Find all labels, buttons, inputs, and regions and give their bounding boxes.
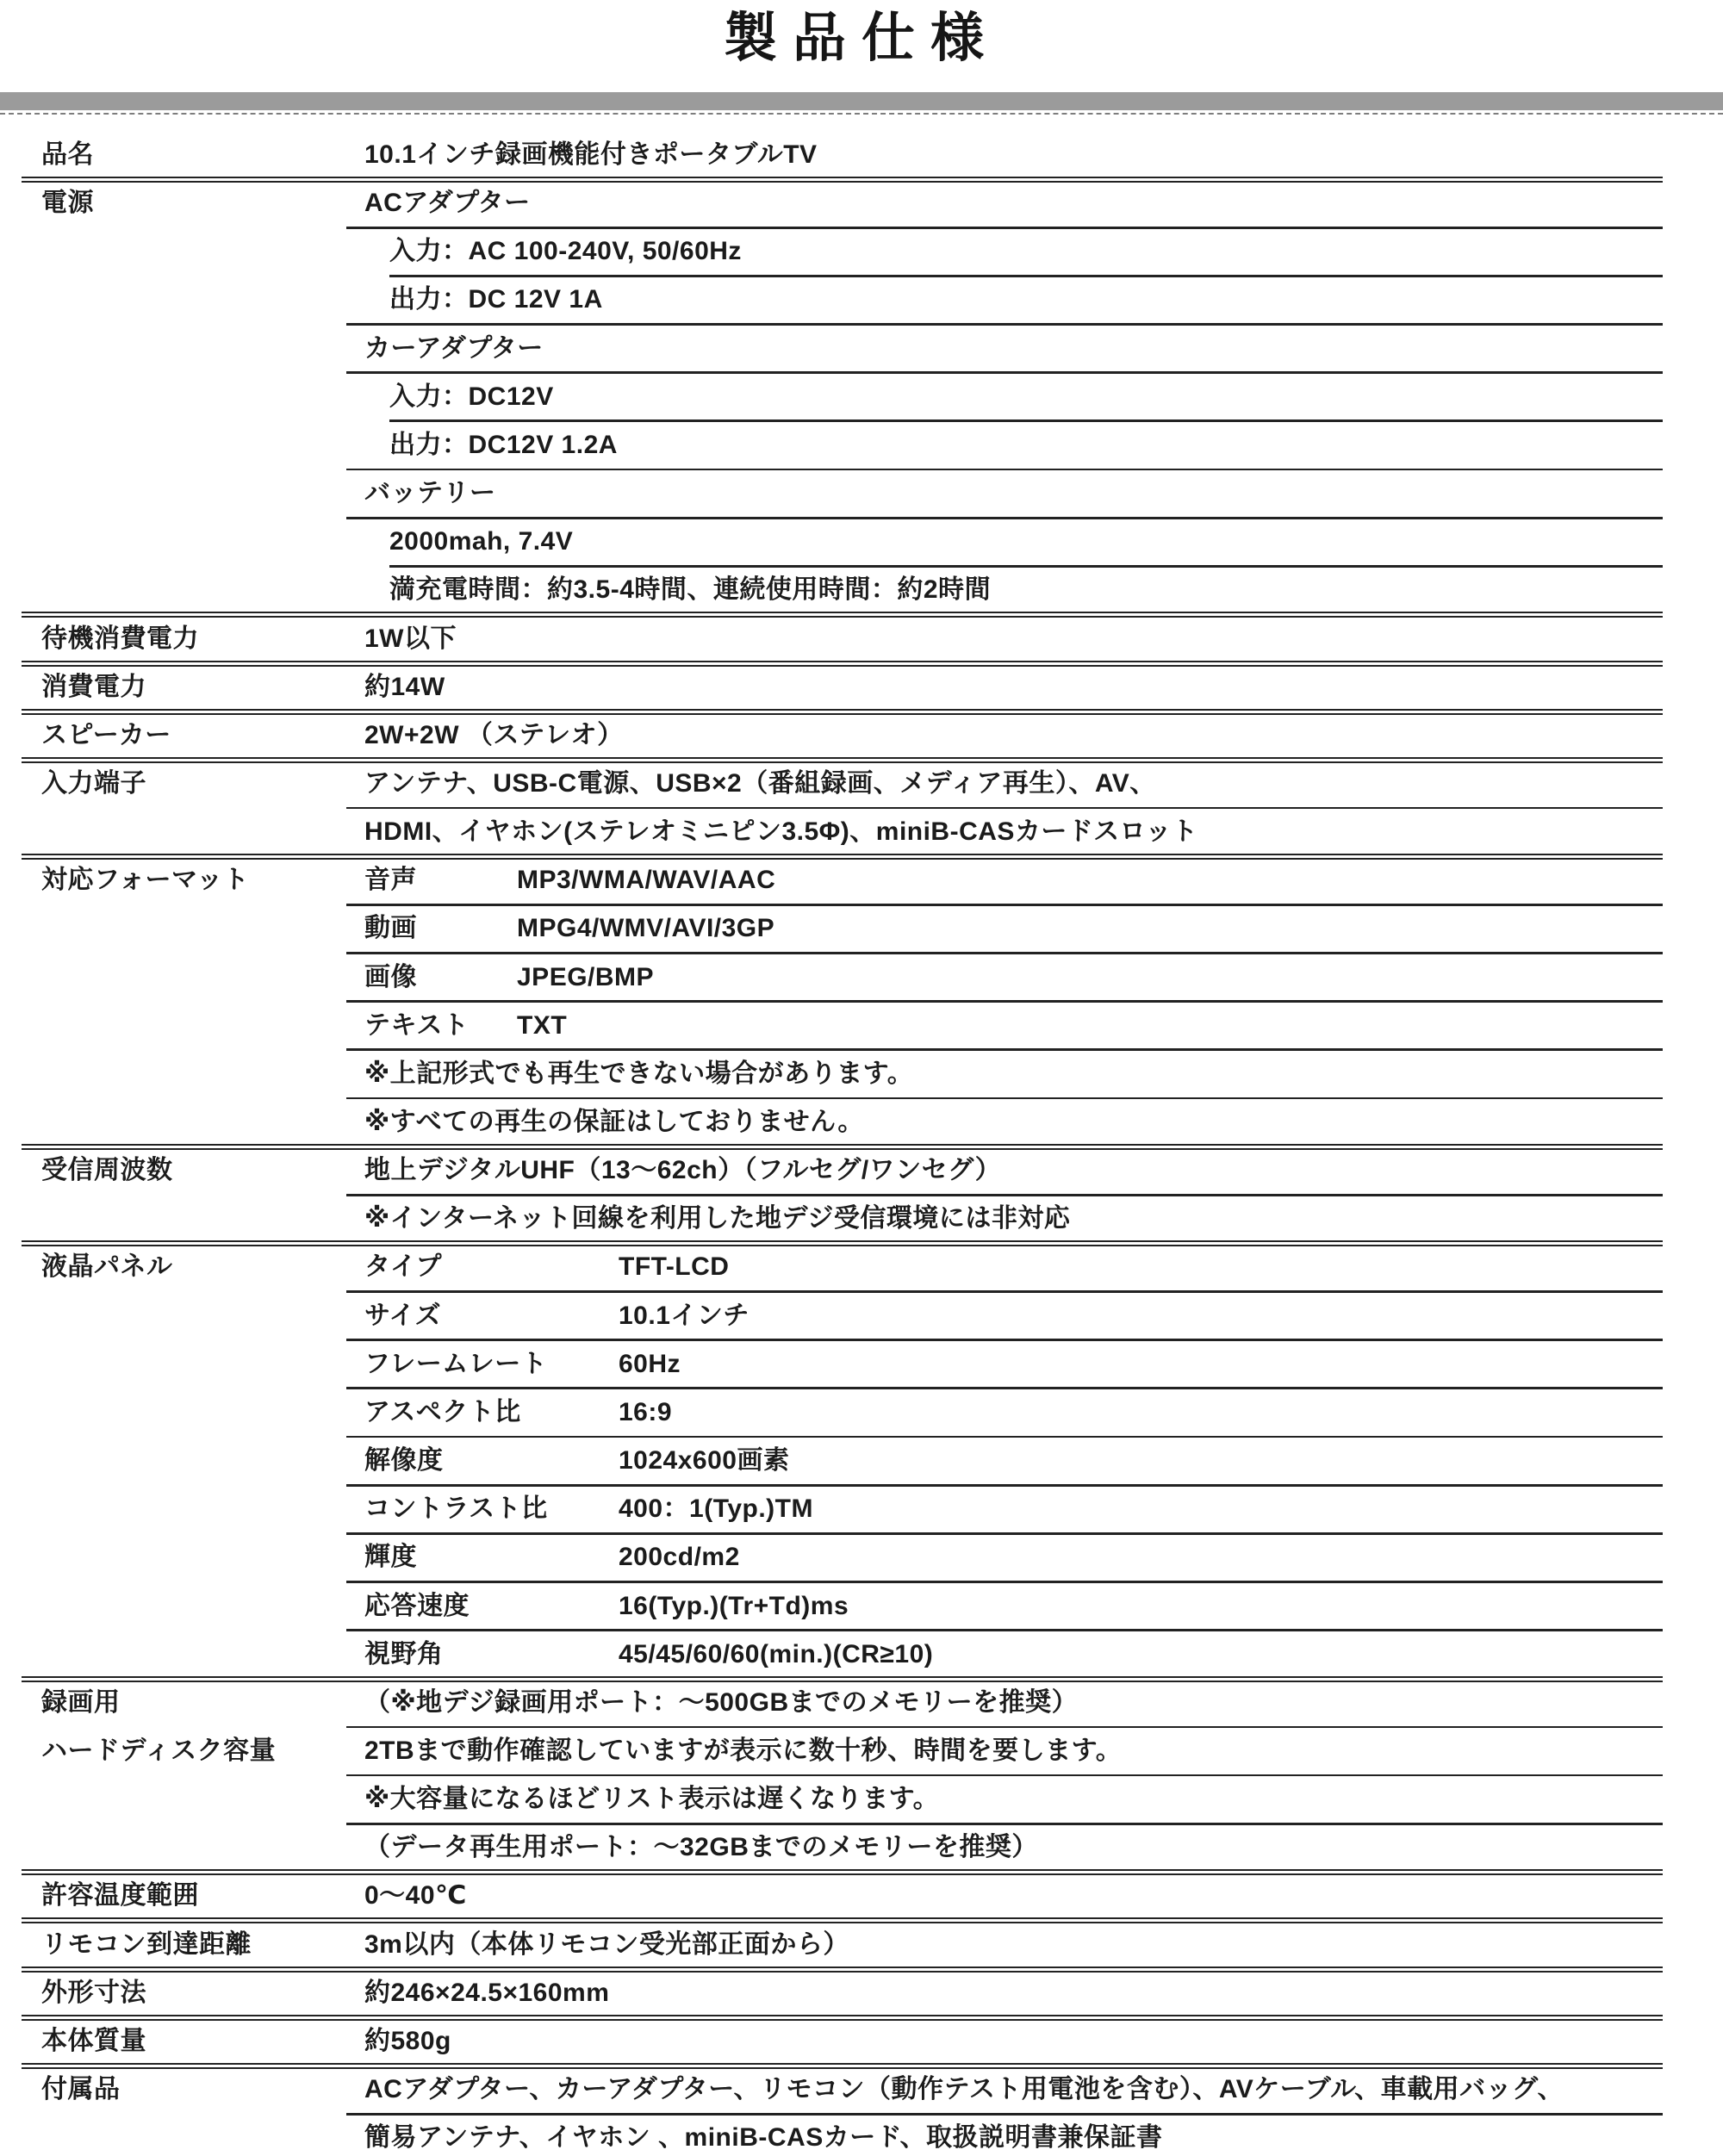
spec-row: 電源ACアダプター <box>0 179 1723 227</box>
spec-value: TFT-LCD <box>619 1243 729 1291</box>
spec-value: 出力：DC 12V 1A <box>389 276 603 324</box>
spec-value: 200cd/m2 <box>619 1533 740 1581</box>
spec-value: 入力：DC12V <box>389 373 554 421</box>
spec-row: 録画用（※地デジ録画用ポート：～500GBまでのメモリーを推奨） <box>0 1679 1723 1727</box>
spec-row: 入力：AC 100-240V, 50/60Hz <box>0 227 1723 276</box>
spec-row: 簡易アンテナ、イヤホン 、miniB-CASカード、取扱説明書兼保証書 <box>0 2114 1723 2156</box>
spec-value: タイプ <box>364 1243 442 1291</box>
spec-value: 満充電時間：約3.5-4時間、連続使用時間：約2時間 <box>389 566 991 614</box>
spec-label: 待機消費電力 <box>41 615 199 663</box>
spec-value: 出力：DC12V 1.2A <box>389 421 618 469</box>
spec-value: HDMI、イヤホン(ステレオミニピン3.5Φ)、miniB-CASカードスロット <box>364 808 1198 856</box>
spec-value: ACアダプター <box>364 179 531 227</box>
spec-value: 約580g <box>364 2017 451 2066</box>
spec-row: 出力：DC12V 1.2A <box>0 421 1723 469</box>
spec-value: 2TBまで動作確認していますが表示に数十秒、時間を要します。 <box>364 1727 1122 1775</box>
spec-row: 視野角45/45/60/60(min.)(CR≥10) <box>0 1631 1723 1679</box>
spec-row: 付属品ACアダプター、カーアダプター、リモコン（動作テスト用電池を含む）、AVケ… <box>0 2066 1723 2114</box>
dashed-rule <box>0 113 1723 115</box>
spec-value: MPG4/WMV/AVI/3GP <box>517 904 774 953</box>
spec-value: 16:9 <box>619 1389 672 1437</box>
spec-table: 品名10.1インチ録画機能付きポータブルTV電源ACアダプター入力：AC 100… <box>0 131 1723 2156</box>
spec-value: 60Hz <box>619 1340 681 1389</box>
spec-value: 10.1インチ録画機能付きポータブルTV <box>364 131 818 179</box>
spec-value: ※インターネット回線を利用した地デジ受信環境には非対応 <box>364 1195 1070 1243</box>
spec-value: 地上デジタルUHF（13～62ch）（フルセグ/ワンセグ） <box>364 1146 1001 1195</box>
spec-row: HDMI、イヤホン(ステレオミニピン3.5Φ)、miniB-CASカードスロット <box>0 808 1723 856</box>
spec-row: フレームレート60Hz <box>0 1340 1723 1389</box>
spec-value: 3m以内（本体リモコン受光部正面から） <box>364 1921 849 1969</box>
spec-value: 簡易アンテナ、イヤホン 、miniB-CASカード、取扱説明書兼保証書 <box>364 2114 1163 2156</box>
spec-row: サイズ10.1インチ <box>0 1292 1723 1340</box>
spec-row: ハードディスク容量2TBまで動作確認していますが表示に数十秒、時間を要します。 <box>0 1727 1723 1775</box>
spec-value: 400：1(Typ.)TM <box>619 1485 813 1533</box>
spec-value: 輝度 <box>364 1533 417 1581</box>
spec-value: 1W以下 <box>364 615 457 663</box>
spec-row: アスペクト比16:9 <box>0 1389 1723 1437</box>
spec-row: 2000mah, 7.4V <box>0 518 1723 566</box>
spec-value: MP3/WMA/WAV/AAC <box>517 856 775 904</box>
spec-value: 1024x600画素 <box>619 1437 789 1485</box>
spec-label: 受信周波数 <box>41 1146 173 1195</box>
spec-value: 画像 <box>364 954 417 1002</box>
spec-label: 電源 <box>41 179 94 227</box>
spec-row: 許容温度範囲0～40℃ <box>0 1872 1723 1920</box>
spec-value: 音声 <box>364 856 417 904</box>
spec-row: スピーカー2W+2W （ステレオ） <box>0 711 1723 760</box>
spec-row: カーアダプター <box>0 325 1723 373</box>
spec-value: バッテリー <box>364 469 496 518</box>
page-title: 製品仕様 <box>0 2 1723 76</box>
spec-row: 待機消費電力1W以下 <box>0 615 1723 663</box>
spec-label: 消費電力 <box>41 663 146 711</box>
spec-label: 液晶パネル <box>41 1243 173 1291</box>
spec-value: （データ再生用ポート：～32GBまでのメモリーを推奨） <box>364 1824 1038 1872</box>
spec-row: 解像度1024x600画素 <box>0 1437 1723 1485</box>
spec-row: 外形寸法約246×24.5×160mm <box>0 1969 1723 2017</box>
spec-row: 出力：DC 12V 1A <box>0 276 1723 324</box>
spec-value: ※大容量になるほどリスト表示は遅くなります。 <box>364 1775 939 1824</box>
spec-row: 消費電力約14W <box>0 663 1723 711</box>
spec-value: 2W+2W （ステレオ） <box>364 711 624 760</box>
spec-row: 品名10.1インチ録画機能付きポータブルTV <box>0 131 1723 179</box>
spec-value: 解像度 <box>364 1437 444 1485</box>
spec-value: カーアダプター <box>364 325 544 373</box>
spec-row: ※上記形式でも再生できない場合があります。 <box>0 1050 1723 1098</box>
spec-label: リモコン到達距離 <box>41 1921 252 1969</box>
spec-value: ACアダプター、カーアダプター、リモコン（動作テスト用電池を含む）、AVケーブル… <box>364 2066 1564 2114</box>
spec-row: ※大容量になるほどリスト表示は遅くなります。 <box>0 1775 1723 1824</box>
spec-value: 約246×24.5×160mm <box>364 1969 609 2017</box>
spec-label: ハードディスク容量 <box>41 1727 276 1775</box>
spec-value: 動画 <box>364 904 417 953</box>
spec-row: 液晶パネルタイプTFT-LCD <box>0 1243 1723 1291</box>
spec-row: 入力：DC12V <box>0 373 1723 421</box>
spec-value: アスペクト比 <box>364 1389 521 1437</box>
spec-value: アンテナ、USB-C電源、USB×2（番組録画、メディア再生）、AV、 <box>364 760 1156 808</box>
spec-row: テキストTXT <box>0 1002 1723 1050</box>
spec-value: フレームレート <box>364 1340 547 1389</box>
spec-row: 本体質量約580g <box>0 2017 1723 2066</box>
spec-value: 16(Typ.)(Tr+Td)ms <box>619 1582 849 1631</box>
spec-value: 45/45/60/60(min.)(CR≥10) <box>619 1631 933 1679</box>
spec-value: （※地デジ録画用ポート：～500GBまでのメモリーを推奨） <box>364 1679 1078 1727</box>
spec-label: 入力端子 <box>41 760 146 808</box>
spec-value: 0～40℃ <box>364 1872 467 1920</box>
spec-row: 入力端子アンテナ、USB-C電源、USB×2（番組録画、メディア再生）、AV、 <box>0 760 1723 808</box>
spec-value: サイズ <box>364 1292 441 1340</box>
spec-value: 視野角 <box>364 1631 444 1679</box>
spec-label: 対応フォーマット <box>41 856 249 904</box>
spec-value: TXT <box>517 1002 567 1050</box>
spec-row: 画像JPEG/BMP <box>0 954 1723 1002</box>
spec-value: ※すべての再生の保証はしておりません。 <box>364 1098 864 1146</box>
spec-row: 対応フォーマット音声MP3/WMA/WAV/AAC <box>0 856 1723 904</box>
spec-label: 本体質量 <box>41 2017 146 2066</box>
spec-value: 約14W <box>364 663 445 711</box>
spec-value: 10.1インチ <box>619 1292 750 1340</box>
spec-row: （データ再生用ポート：～32GBまでのメモリーを推奨） <box>0 1824 1723 1872</box>
spec-sheet-page: 製品仕様 品名10.1インチ録画機能付きポータブルTV電源ACアダプター入力：A… <box>0 0 1723 2156</box>
spec-value: 2000mah, 7.4V <box>389 518 573 566</box>
spec-row: 満充電時間：約3.5-4時間、連続使用時間：約2時間 <box>0 566 1723 614</box>
spec-value: テキスト <box>364 1002 469 1050</box>
spec-label: スピーカー <box>41 711 171 760</box>
spec-row: ※インターネット回線を利用した地デジ受信環境には非対応 <box>0 1195 1723 1243</box>
spec-value: JPEG/BMP <box>517 954 654 1002</box>
spec-value: ※上記形式でも再生できない場合があります。 <box>364 1050 913 1098</box>
spec-row: 輝度200cd/m2 <box>0 1533 1723 1581</box>
spec-row: 受信周波数地上デジタルUHF（13～62ch）（フルセグ/ワンセグ） <box>0 1146 1723 1195</box>
spec-label: 録画用 <box>41 1679 121 1727</box>
spec-value: 入力：AC 100-240V, 50/60Hz <box>389 227 742 276</box>
spec-row: リモコン到達距離3m以内（本体リモコン受光部正面から） <box>0 1921 1723 1969</box>
spec-row: 動画MPG4/WMV/AVI/3GP <box>0 904 1723 953</box>
spec-value: 応答速度 <box>364 1582 470 1631</box>
spec-label: 許容温度範囲 <box>41 1872 199 1920</box>
spec-row: ※すべての再生の保証はしておりません。 <box>0 1098 1723 1146</box>
spec-row: 応答速度16(Typ.)(Tr+Td)ms <box>0 1582 1723 1631</box>
title-divider-bar <box>0 92 1723 110</box>
spec-label: 品名 <box>41 131 94 179</box>
spec-row: バッテリー <box>0 469 1723 518</box>
spec-value: コントラスト比 <box>364 1485 548 1533</box>
spec-row: コントラスト比400：1(Typ.)TM <box>0 1485 1723 1533</box>
spec-label: 付属品 <box>41 2066 121 2114</box>
spec-label: 外形寸法 <box>41 1969 146 2017</box>
